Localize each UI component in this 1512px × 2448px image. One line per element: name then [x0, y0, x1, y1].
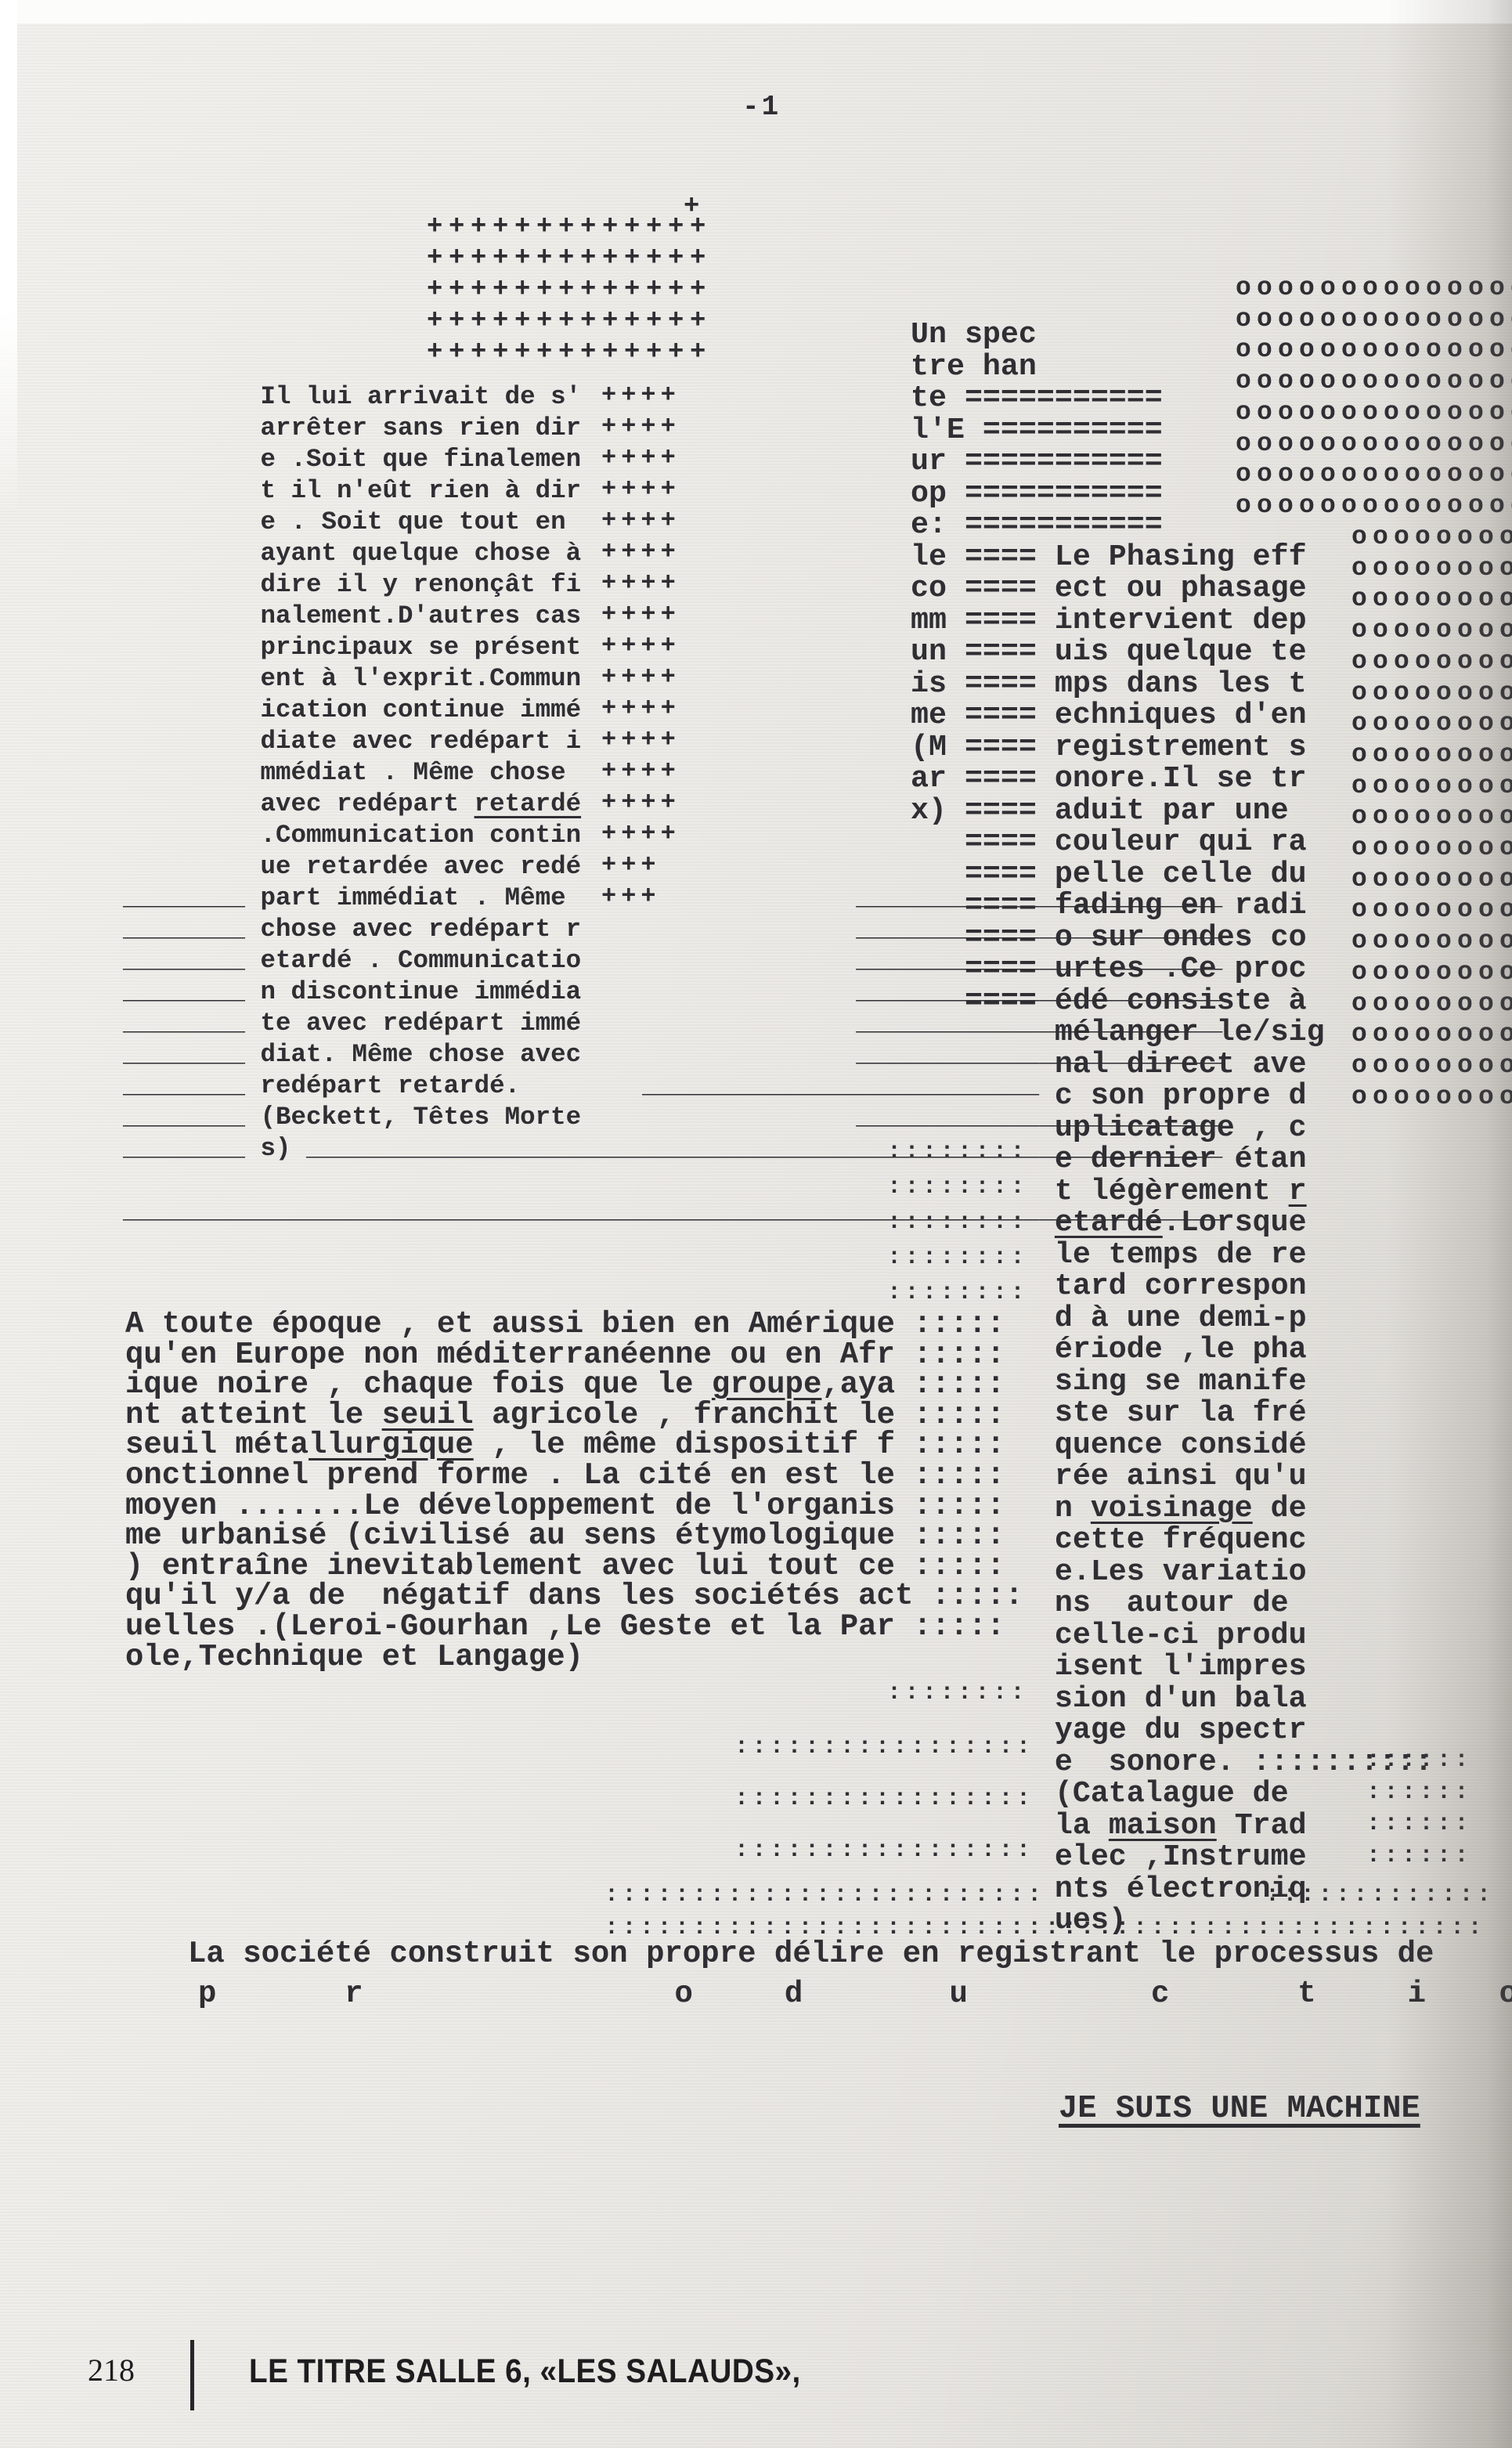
page-number-top: -1	[742, 91, 781, 123]
colon-band-right: :::::::::::::	[1265, 1878, 1495, 1913]
la-societe-line: La société construit son propre délire e…	[188, 1937, 1434, 1971]
scan-edge-left	[0, 0, 17, 517]
je-suis-une-machine-line: JE SUIS UNE MACHINE	[1059, 2091, 1420, 2127]
scanned-page: -1 + +++++++++++++ +++++++++++++ +++++++…	[0, 0, 1512, 2448]
plus-block-art: +++++++++++++ +++++++++++++ ++++++++++++…	[427, 211, 712, 368]
footer-title: LE TITRE SALLE 6, «LES SALAUDS»,	[249, 2352, 801, 2391]
colon-block-left: :::::::: :::::::: :::::::: :::::::: ::::…	[887, 1135, 1028, 1311]
footer-divider	[190, 2340, 194, 2410]
production-spread-line: p r o d u c t i o	[198, 1977, 1512, 2011]
o-block-top-art: oooooooooooooo oooooooooooooo oooooooooo…	[1236, 273, 1512, 522]
colon-rows-wide: ::::::::::::::::: ::::::::::::::::: ::::…	[734, 1721, 1034, 1876]
colon-row-short: ::::::::	[887, 1676, 1028, 1711]
footer-page-number: 218	[88, 2352, 135, 2388]
colon-block-catalogue: :::::: :::::: :::::: ::::::	[1366, 1745, 1472, 1872]
leroi-gourhan-paragraph: A toute époque , et aussi bien en Amériq…	[125, 1309, 1023, 1672]
scan-edge-top	[0, 0, 1512, 23]
o-block-side-art: oooooooo oooooooo oooooooo oooooooo oooo…	[1351, 522, 1512, 1112]
colon-band-left: :::::::::::::::::::::::::	[604, 1878, 1045, 1913]
